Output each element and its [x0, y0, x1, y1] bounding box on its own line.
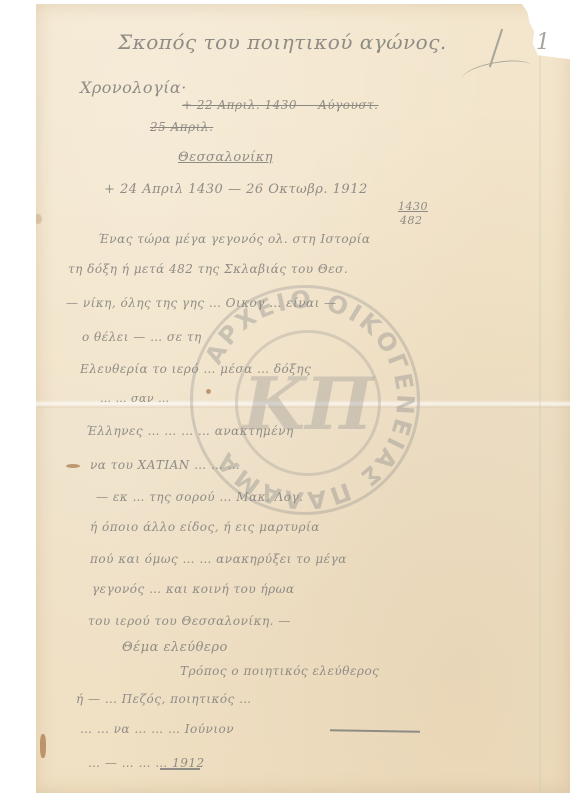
- text-line-struck: 25 Απριλ.: [150, 120, 213, 134]
- stain: [34, 214, 42, 224]
- text-line: — νίκη, όλης της γης … Οικογ … είναι —: [66, 296, 337, 310]
- text-line: + 24 Απριλ 1430 — 26 Οκτωβρ. 1912: [104, 182, 368, 197]
- text-line: … … να … … … Ιούνιον: [80, 722, 234, 736]
- text-line: Έλληνες … … … … ανακτημένη: [86, 424, 294, 438]
- text-line-struck: + 22 Απριλ. 1430 — Αύγουστ.: [182, 98, 378, 112]
- text-line: να του ΧΑΤΙΑΝ … … …: [90, 458, 240, 472]
- page-number: 1: [536, 30, 551, 55]
- text-line: Θέμα ελεύθερο: [122, 640, 228, 655]
- text-line: 482: [400, 214, 423, 227]
- document-title: Σκοπός του ποιητικού αγώνος.: [118, 30, 447, 54]
- stamp-inner-ring: ΚΠ: [235, 330, 381, 476]
- vertical-crease: [539, 4, 541, 793]
- text-line: 1430: [398, 200, 428, 213]
- text-line: ή όποιο άλλο είδος, ή εις μαρτυρία: [90, 520, 320, 534]
- text-line: Ένας τώρα μέγα γεγονός ολ. στη Ιστορία: [98, 232, 370, 246]
- text-line: — εκ … της σορού … Μακ. Λογ.: [96, 490, 304, 504]
- text-line: Τρόπος ο ποιητικός ελεύθερος: [180, 664, 379, 678]
- text-line: Ελευθερία το ιερό … μέσα … δόξης: [80, 362, 311, 376]
- text-line: ο θέλει — … σε τη: [82, 330, 202, 344]
- stain: [66, 464, 80, 468]
- text-line: γεγονός … και κοινή του ήρωα: [92, 582, 295, 596]
- text-line: τη δόξη ή μετά 482 της Σκλαβιάς του Θεσ.: [68, 262, 348, 276]
- archive-stamp: ΑΡΧΕΙΟ ΟΙΚΟΓΕΝΕΙΑΣ ΠΑΛΑΜΑ ΚΠ: [190, 285, 420, 515]
- text-line: … … σαν …: [100, 392, 170, 405]
- text-line: Θεσσαλονίκη: [178, 150, 273, 165]
- pencil-dash: [160, 768, 200, 770]
- text-line: του ιερού του Θεσσαλονίκη. —: [88, 614, 291, 628]
- stain: [40, 734, 46, 758]
- text-line: Χρονολογία·: [80, 78, 187, 97]
- text-line: ή — … Πεζός, ποιητικός …: [76, 692, 252, 706]
- text-line: πού και όμως … … ανακηρύξει το μέγα: [90, 552, 347, 566]
